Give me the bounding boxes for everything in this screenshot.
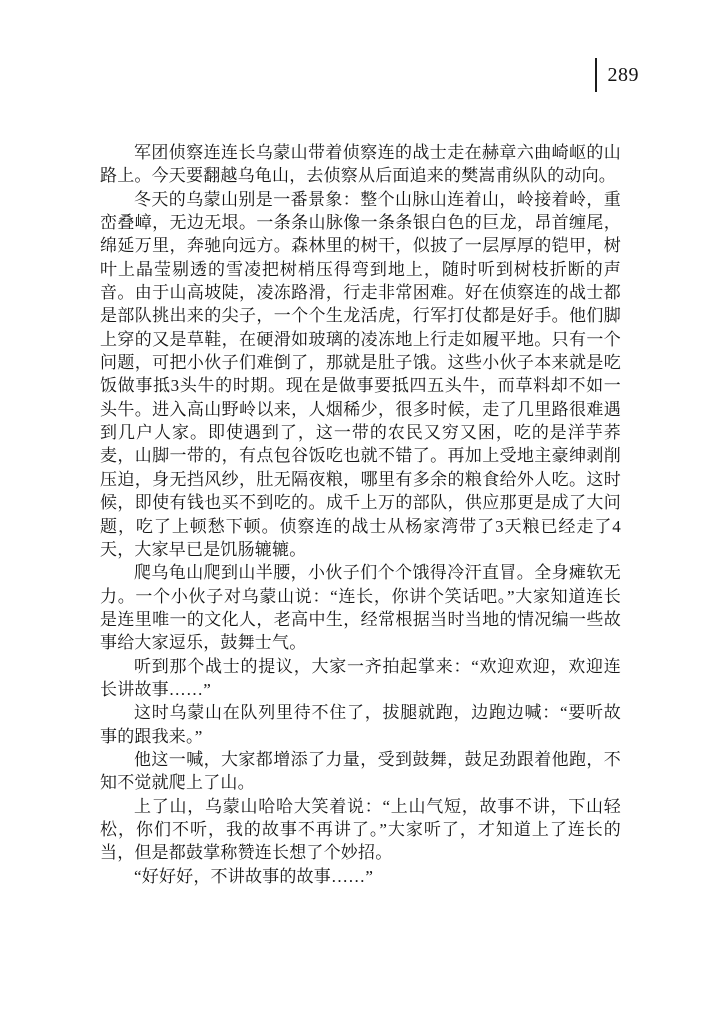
paragraph-5: 这时乌蒙山在队列里待不住了，拔腿就跑，边跑边喊：“要听故事的跟我来。” — [100, 701, 621, 748]
page-number-rule — [595, 58, 597, 92]
book-page: 289 军团侦察连连长乌蒙山带着侦察连的战士走在赫章六曲崎岖的山路上。今天要翻越… — [0, 0, 715, 1010]
paragraph-8: “好好好，不讲故事的故事……” — [100, 865, 621, 888]
paragraph-6: 他这一喊，大家都增添了力量，受到鼓舞，鼓足劲跟着他跑，不知不觉就爬上了山。 — [100, 748, 621, 795]
paragraph-1: 军团侦察连连长乌蒙山带着侦察连的战士走在赫章六曲崎岖的山路上。今天要翻越乌龟山，… — [100, 141, 621, 188]
text-block: 军团侦察连连长乌蒙山带着侦察连的战士走在赫章六曲崎岖的山路上。今天要翻越乌龟山，… — [100, 141, 621, 888]
paragraph-4: 听到那个战士的提议，大家一齐拍起掌来：“欢迎欢迎，欢迎连长讲故事……” — [100, 655, 621, 702]
page-header: 289 — [595, 58, 640, 92]
paragraph-2: 冬天的乌蒙山别是一番景象：整个山脉山连着山，岭接着岭，重峦叠嶂，无边无垠。一条条… — [100, 188, 621, 562]
paragraph-3: 爬乌龟山爬到山半腰，小伙子们个个饿得冷汗直冒。全身瘫软无力。一个小伙子对乌蒙山说… — [100, 561, 621, 654]
page-number: 289 — [608, 58, 640, 92]
paragraph-7: 上了山，乌蒙山哈哈大笑着说：“上山气短，故事不讲，下山轻松，你们不听，我的故事不… — [100, 795, 621, 865]
